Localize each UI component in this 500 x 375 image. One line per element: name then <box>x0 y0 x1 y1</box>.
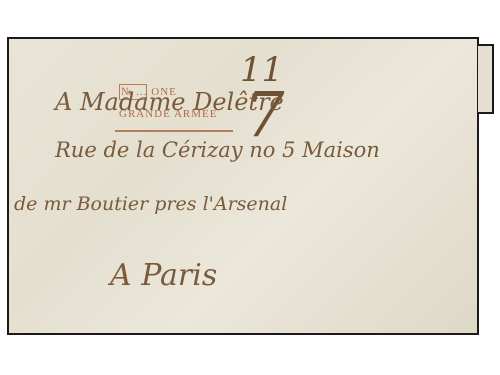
address-line-4: A Paris <box>110 258 217 293</box>
address-line-2: Rue de la Cérizay no 5 Maison <box>55 138 380 162</box>
address-line-3: de mr Boutier pres l'Arsenal <box>14 193 287 215</box>
letter-flap <box>478 44 494 114</box>
address-line-1: A Madame Delêtre <box>55 88 284 116</box>
